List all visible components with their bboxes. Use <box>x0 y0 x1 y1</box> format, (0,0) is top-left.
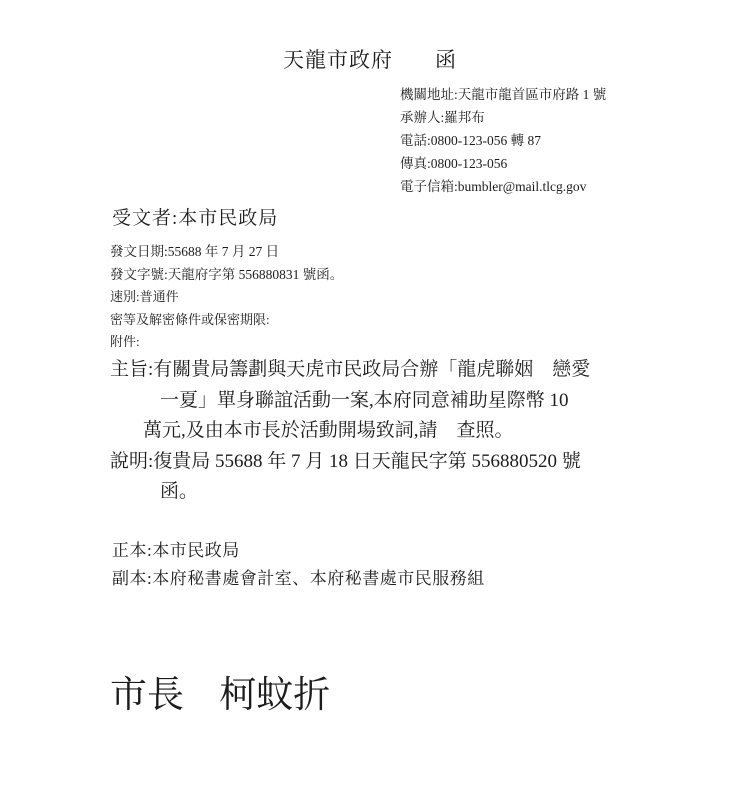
letter-body: 主旨:有關貴局籌劃與天虎市民政局合辦「龍虎聯姻 戀愛 一夏」單身聯誼活動一案,本… <box>110 355 670 508</box>
doc-type-label: 函 <box>435 44 457 74</box>
official-letter-page: 天龍市政府 函 機關地址:天龍市龍首區市府路 1 號 承辦人:羅邦布 電話:08… <box>0 0 740 787</box>
agency-name: 天龍市政府 <box>283 44 393 74</box>
phone-number: 電話:0800-123-056 轉 87 <box>400 129 606 152</box>
attachment-line: 附件: <box>110 331 343 354</box>
email-address: 電子信箱:bumbler@mail.tlcg.gov <box>400 175 606 198</box>
contact-person: 承辦人:羅邦布 <box>400 106 606 129</box>
issue-date-line: 發文日期:55688 年 7 月 27 日 <box>110 241 343 264</box>
signer-name: 柯蚊折 <box>219 675 330 716</box>
fax-number: 傳真:0800-123-056 <box>400 152 606 175</box>
doc-number-line: 發文字號:天龍府字第 556880831 號函。 <box>110 264 343 287</box>
agency-contact-block: 機關地址:天龍市龍首區市府路 1 號 承辦人:羅邦布 電話:0800-123-0… <box>400 83 606 198</box>
explanation-line-1: 說明:復貴局 55688 年 7 月 18 日天龍民字第 556880520 號 <box>110 447 670 478</box>
security-class-line: 密等及解密條件或保密期限: <box>110 309 343 332</box>
signature-line: 市長 柯蚊折 <box>110 664 330 718</box>
explanation-line-2: 函。 <box>160 477 670 508</box>
subject-line-1: 主旨:有關貴局籌劃與天虎市民政局合辦「龍虎聯姻 戀愛 <box>110 355 670 386</box>
original-copy-line: 正本:本市民政局 <box>112 537 485 565</box>
recipient-line: 受文者:本市民政局 <box>112 203 278 230</box>
letter-meta-block: 發文日期:55688 年 7 月 27 日 發文字號:天龍府字第 5568808… <box>110 241 343 354</box>
speed-class-line: 速別:普通件 <box>110 286 343 309</box>
agency-address: 機關地址:天龍市龍首區市府路 1 號 <box>400 83 606 106</box>
subject-line-3: 萬元,及由本市長於活動開場致詞,請 查照。 <box>143 416 670 447</box>
subject-line-2: 一夏」單身聯誼活動一案,本府同意補助星際幣 10 <box>160 386 670 417</box>
letter-title: 天龍市政府 函 <box>0 44 740 74</box>
cc-copy-line: 副本:本府秘書處會計室、本府秘書處市民服務組 <box>112 565 485 593</box>
signer-title: 市長 <box>110 675 184 716</box>
copies-block: 正本:本市民政局 副本:本府秘書處會計室、本府秘書處市民服務組 <box>112 537 485 592</box>
